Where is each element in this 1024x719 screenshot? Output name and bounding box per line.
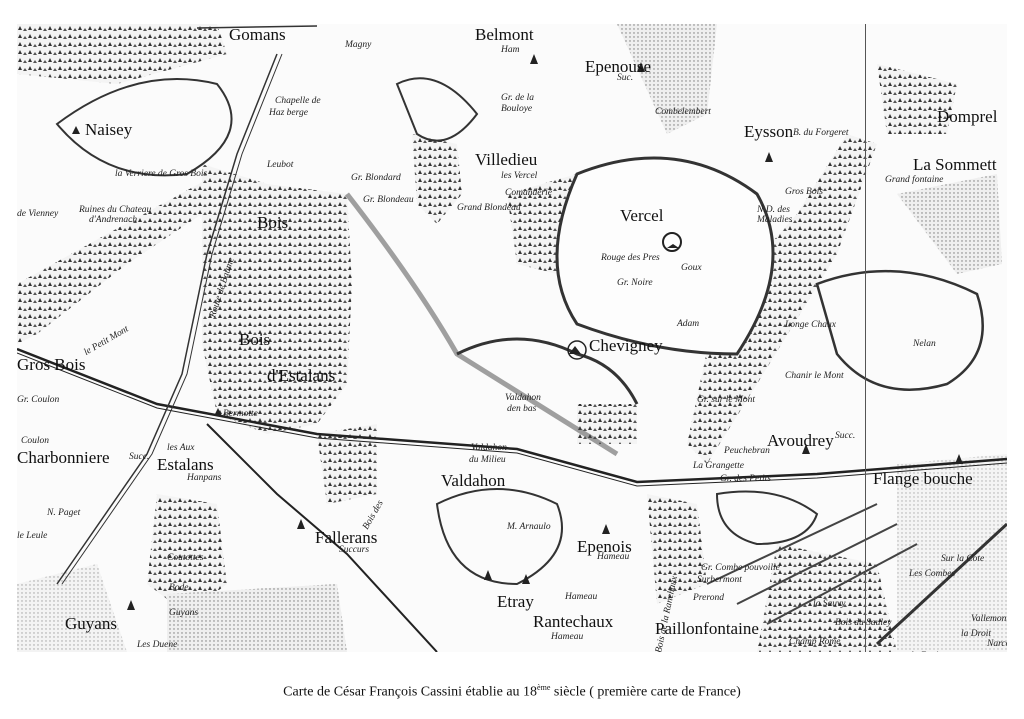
place-label: les Vercel xyxy=(501,172,537,182)
place-label: Bode xyxy=(169,584,189,594)
place-label: Suc. xyxy=(617,74,633,84)
place-label: Narcombe xyxy=(987,640,1007,650)
place-label: Gros Bois xyxy=(17,356,85,373)
place-label: Gros Bois xyxy=(785,188,823,198)
place-label: Estalans xyxy=(157,456,214,473)
place-label: Flange bouche xyxy=(873,470,973,487)
place-label: Eysson xyxy=(744,123,793,140)
place-label: Prerond xyxy=(693,594,724,604)
place-label: Gr. sur le Mont xyxy=(697,396,755,406)
place-label: Gr. Noire xyxy=(617,279,653,289)
caption-text-before: Carte de César François Cassini établie … xyxy=(283,685,537,700)
place-label: Hameau xyxy=(565,593,597,603)
map-terrain xyxy=(17,24,1007,652)
place-label: Gr. Blondard xyxy=(351,174,401,184)
place-label: Bouloye xyxy=(501,105,532,115)
place-label: Chevigney xyxy=(589,337,663,354)
place-label: Magny xyxy=(345,41,371,51)
place-label: Gomans xyxy=(229,26,286,43)
place-label: Grand fontaine xyxy=(885,176,943,186)
place-label: Gr. Blondeau xyxy=(363,196,414,206)
place-label: Charbonniere xyxy=(17,449,110,466)
cassini-map[interactable]: GomansBelmontEpenouseNaiseyVilledieuEyss… xyxy=(17,24,1007,652)
place-label: Combelembert xyxy=(655,108,711,118)
place-label: Valdahon xyxy=(471,444,507,454)
place-label: Succ. xyxy=(129,453,149,463)
caption-superscript: ème xyxy=(537,683,550,692)
place-label: Hanpans xyxy=(187,474,221,484)
place-label: Bermotte xyxy=(223,410,258,420)
place-label: Leubot xyxy=(267,161,293,171)
place-label: Peuchebran xyxy=(724,447,770,457)
place-label: d'Estalans xyxy=(267,367,335,384)
place-label: Ham xyxy=(501,46,519,56)
place-label: Fallerans xyxy=(315,529,377,546)
map-caption: Carte de César François Cassini établie … xyxy=(0,683,1024,701)
place-label: Bois xyxy=(239,331,270,348)
place-label: Succ. xyxy=(835,432,855,442)
place-label: Gr. des Petits xyxy=(720,475,771,485)
place-label: Rantechaux xyxy=(533,613,613,630)
place-label: les Aux xyxy=(167,444,195,454)
place-label: Etray xyxy=(497,593,534,610)
place-label: Gr. Combe pouvoille xyxy=(701,564,780,574)
place-label: Comanderie xyxy=(505,189,552,199)
place-label: Hameau xyxy=(551,633,583,643)
place-label: Adam xyxy=(677,320,699,330)
place-label: le Leule xyxy=(17,532,47,542)
place-label: Les Duene xyxy=(137,641,177,651)
place-label: Avoudrey xyxy=(767,432,834,449)
place-label: B. du Forgeret xyxy=(793,129,849,139)
place-label: Valdahon xyxy=(505,394,541,404)
place-label: Longe Chaux xyxy=(785,321,836,331)
place-label: la Verriere de Gros Bois xyxy=(115,170,207,180)
caption-text-after: siècle ( première carte de France) xyxy=(550,685,740,700)
place-label: Succurs xyxy=(339,546,369,556)
place-label: Hameau xyxy=(597,553,629,563)
place-label: M. Arnaulo xyxy=(507,523,551,533)
place-label: Les Combes xyxy=(909,570,955,580)
place-label: Goux xyxy=(681,264,702,274)
place-label: Bois xyxy=(257,214,288,231)
place-label: Bois du Sauley xyxy=(835,619,891,629)
place-label: la Sauvy xyxy=(813,600,845,610)
place-label: Guyans xyxy=(169,609,198,619)
place-label: Naisey xyxy=(85,121,132,138)
place-label: den bas xyxy=(507,405,536,415)
place-label: Chanir le Mont xyxy=(785,372,844,382)
place-label: La Sommett xyxy=(913,156,997,173)
place-label: Domprel xyxy=(937,108,997,125)
place-label: Vallemont xyxy=(971,615,1007,625)
place-label: La Grangette xyxy=(693,462,744,472)
place-label: Gr. de la xyxy=(501,94,534,104)
place-label: d'Andrenach xyxy=(89,216,137,226)
sheet-border-line xyxy=(865,24,866,652)
place-label: Guyans xyxy=(65,615,117,632)
place-label: Maladies xyxy=(757,216,792,226)
place-label: N. Paget xyxy=(47,509,80,519)
place-label: Nelan xyxy=(913,340,936,350)
place-label: Chapelle de xyxy=(275,97,321,107)
place-label: Belmont xyxy=(475,26,534,43)
place-label: Valdahon xyxy=(441,472,505,489)
place-label: Surbermont xyxy=(697,576,742,586)
place-label: Gr. Coulon xyxy=(17,396,59,406)
place-label: Coutottes xyxy=(167,554,203,564)
place-label: Haz berge xyxy=(269,109,308,119)
place-label: du Milieu xyxy=(469,456,506,466)
place-label: Villedieu xyxy=(475,151,537,168)
place-label: Rouge des Pres xyxy=(601,254,660,264)
place-label: Champ Rome xyxy=(789,638,840,648)
place-label: Grand Blondeau xyxy=(457,204,521,214)
place-label: de Vienney xyxy=(17,210,58,220)
place-label: Vercel xyxy=(620,207,663,224)
place-label: Sur la Cote xyxy=(941,555,984,565)
place-label: Coulon xyxy=(21,437,49,447)
